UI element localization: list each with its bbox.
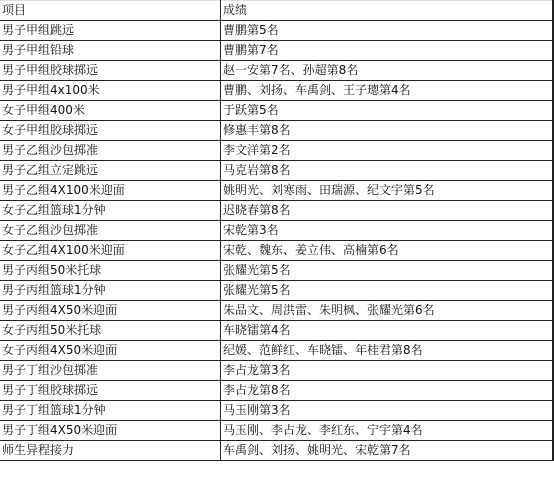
table-row: 男子丁组胶球掷远李占龙第8名 <box>0 381 553 401</box>
result-cell: 张耀光第5名 <box>221 261 554 281</box>
result-cell: 迟晓春第8名 <box>221 201 554 221</box>
result-cell: 朱品文、周洪雷、朱明枫、张耀光第6名 <box>221 301 554 321</box>
result-cell: 宋乾、魏东、姜立伟、高楠第6名 <box>221 241 554 261</box>
result-cell: 车禹剑、刘扬、姚明光、宋乾第7名 <box>221 441 554 461</box>
result-cell: 修惠丰第8名 <box>221 121 554 141</box>
table-row: 女子乙组沙包掷准宋乾第3名 <box>0 221 553 241</box>
event-cell: 男子乙组沙包掷准 <box>0 141 221 161</box>
event-cell: 女子乙组4X100米迎面 <box>0 241 221 261</box>
result-cell: 宋乾第3名 <box>221 221 554 241</box>
event-cell: 男子丁组胶球掷远 <box>0 381 221 401</box>
event-cell: 师生异程接力 <box>0 441 221 461</box>
result-cell: 车晓镭第4名 <box>221 321 554 341</box>
result-cell: 赵一安第7名、孙超第8名 <box>221 61 554 81</box>
result-cell: 曹鹏第5名 <box>221 21 554 41</box>
result-cell: 曹鹏第7名 <box>221 41 554 61</box>
event-cell: 男子丁组4X50米迎面 <box>0 421 221 441</box>
event-cell: 女子乙组沙包掷准 <box>0 221 221 241</box>
event-cell: 男子甲组4x100米 <box>0 81 221 101</box>
table-row: 女子丙组4X50米迎面纪媛、范鲜红、车晓镭、年桂君第8名 <box>0 341 553 361</box>
header-event: 项目 <box>0 1 221 21</box>
table-row: 男子丙组4X50米迎面朱品文、周洪雷、朱明枫、张耀光第6名 <box>0 301 553 321</box>
result-cell: 于跃第5名 <box>221 101 554 121</box>
result-cell: 李占龙第3名 <box>221 361 554 381</box>
event-cell: 男子丁组篮球1分钟 <box>0 401 221 421</box>
result-cell: 纪媛、范鲜红、车晓镭、年桂君第8名 <box>221 341 554 361</box>
result-cell: 马玉刚、李占龙、李红东、宁宇第4名 <box>221 421 554 441</box>
table-row: 男子乙组4X100米迎面姚明光、刘寒雨、田瑞源、纪文宇第5名 <box>0 181 553 201</box>
event-cell: 男子甲组跳远 <box>0 21 221 41</box>
event-cell: 男子丙组4X50米迎面 <box>0 301 221 321</box>
table-row: 女子甲组胶球掷远修惠丰第8名 <box>0 121 553 141</box>
results-table: 项目 成绩 男子甲组跳远曹鹏第5名男子甲组铅球曹鹏第7名男子甲组胶球掷远赵一安第… <box>0 0 554 461</box>
table-row: 男子丁组篮球1分钟马玉刚第3名 <box>0 401 553 421</box>
table-row: 男子甲组铅球曹鹏第7名 <box>0 41 553 61</box>
result-cell: 马克岩第8名 <box>221 161 554 181</box>
result-cell: 李占龙第8名 <box>221 381 554 401</box>
result-cell: 马玉刚第3名 <box>221 401 554 421</box>
table-row: 男子丁组沙包掷准李占龙第3名 <box>0 361 553 381</box>
table-row: 女子丙组50米托球车晓镭第4名 <box>0 321 553 341</box>
table-row: 男子甲组4x100米曹鹏、刘扬、车禹剑、王子璁第4名 <box>0 81 553 101</box>
table-row: 男子甲组胶球掷远赵一安第7名、孙超第8名 <box>0 61 553 81</box>
table-row: 男子丁组4X50米迎面马玉刚、李占龙、李红东、宁宇第4名 <box>0 421 553 441</box>
event-cell: 男子丙组篮球1分钟 <box>0 281 221 301</box>
table-row: 女子乙组篮球1分钟迟晓春第8名 <box>0 201 553 221</box>
result-cell: 张耀光第5名 <box>221 281 554 301</box>
result-cell: 李文洋第2名 <box>221 141 554 161</box>
event-cell: 男子乙组4X100米迎面 <box>0 181 221 201</box>
event-cell: 女子甲组胶球掷远 <box>0 121 221 141</box>
table-row: 男子甲组跳远曹鹏第5名 <box>0 21 553 41</box>
table-row: 师生异程接力车禹剑、刘扬、姚明光、宋乾第7名 <box>0 441 553 461</box>
table-row: 女子甲组400米于跃第5名 <box>0 101 553 121</box>
table-row: 男子乙组立定跳远马克岩第8名 <box>0 161 553 181</box>
event-cell: 女子甲组400米 <box>0 101 221 121</box>
event-cell: 男子甲组铅球 <box>0 41 221 61</box>
event-cell: 男子丙组50米托球 <box>0 261 221 281</box>
event-cell: 男子乙组立定跳远 <box>0 161 221 181</box>
event-cell: 男子丁组沙包掷准 <box>0 361 221 381</box>
header-result: 成绩 <box>221 1 554 21</box>
result-cell: 曹鹏、刘扬、车禹剑、王子璁第4名 <box>221 81 554 101</box>
table-header-row: 项目 成绩 <box>0 1 553 21</box>
table-row: 男子丙组50米托球张耀光第5名 <box>0 261 553 281</box>
event-cell: 女子丙组50米托球 <box>0 321 221 341</box>
event-cell: 男子甲组胶球掷远 <box>0 61 221 81</box>
table-row: 男子丙组篮球1分钟张耀光第5名 <box>0 281 553 301</box>
event-cell: 女子丙组4X50米迎面 <box>0 341 221 361</box>
event-cell: 女子乙组篮球1分钟 <box>0 201 221 221</box>
table-row: 女子乙组4X100米迎面宋乾、魏东、姜立伟、高楠第6名 <box>0 241 553 261</box>
table-row: 男子乙组沙包掷准李文洋第2名 <box>0 141 553 161</box>
result-cell: 姚明光、刘寒雨、田瑞源、纪文宇第5名 <box>221 181 554 201</box>
